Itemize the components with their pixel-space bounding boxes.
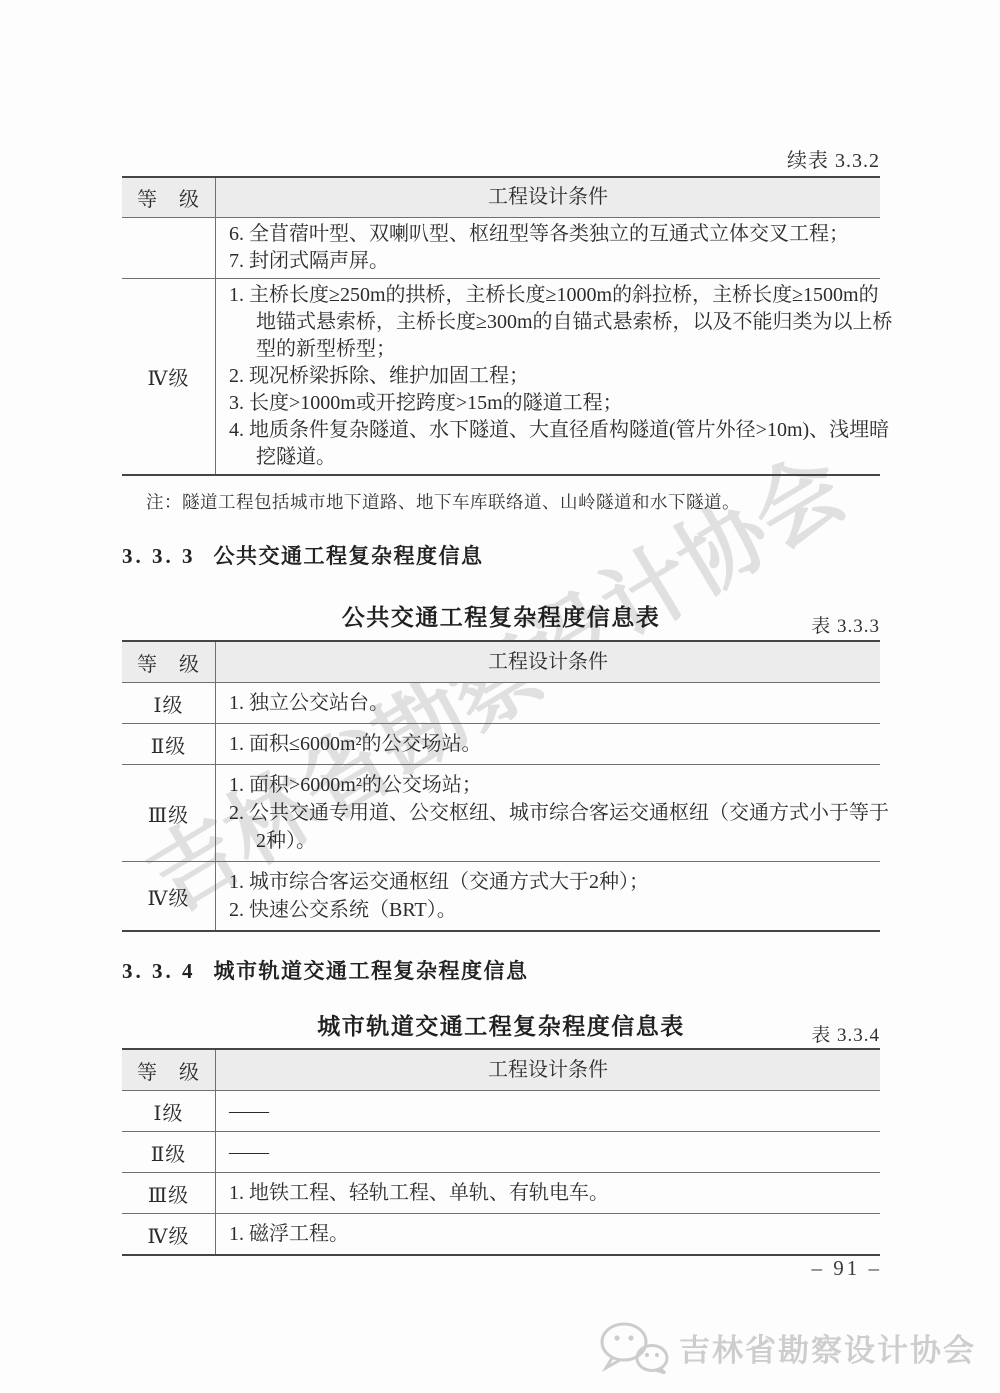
table-3-3-4: 等 级 工程设计条件 Ⅰ级 —— Ⅱ级 —— Ⅲ级 1. 地铁 xyxy=(122,1048,880,1256)
table-row: Ⅳ级 1. 主桥长度≥250m的拱桥，主桥长度≥1000m的斜拉桥，主桥长度≥1… xyxy=(122,279,880,474)
condition-cell: 1. 地铁工程、轻轨工程、单轨、有轨电车。 xyxy=(216,1173,880,1213)
table-header-row: 等 级 工程设计条件 xyxy=(122,178,880,218)
grade-cell: Ⅳ级 xyxy=(122,862,216,930)
grade-cell: Ⅳ级 xyxy=(122,279,216,474)
condition-line: 1. 磁浮工程。 xyxy=(229,1220,872,1248)
section-heading-3-3-4: 3. 3. 4城市轨道交通工程复杂程度信息 xyxy=(122,955,529,985)
condition-line: 2. 快速公交系统（BRT）。 xyxy=(229,896,872,924)
condition-line: 1. 面积≤6000m²的公交场站。 xyxy=(229,730,872,758)
condition-line: 挖隧道。 xyxy=(229,444,893,471)
condition-header-label: 工程设计条件 xyxy=(488,648,608,676)
grade-header-cell: 等 级 xyxy=(122,178,216,217)
wechat-logo-icon xyxy=(598,1320,670,1374)
table-row: Ⅳ级 1. 磁浮工程。 xyxy=(122,1214,880,1254)
section-number: 3. 3. 4 xyxy=(122,959,196,983)
section-number: 3. 3. 3 xyxy=(122,544,196,568)
condition-cell: 6. 全苜蓿叶型、双喇叭型、枢纽型等各类独立的互通式立体交叉工程； 7. 封闭式… xyxy=(216,218,880,278)
table-title-wrap: 城市轨道交通工程复杂程度信息表 xyxy=(122,1008,880,1041)
condition-line: —— xyxy=(229,1138,872,1166)
condition-cell: 1. 面积≤6000m²的公交场站。 xyxy=(216,724,880,764)
section-title: 城市轨道交通工程复杂程度信息 xyxy=(214,959,529,983)
condition-cell: 1. 面积>6000m²的公交场站； 2. 公共交通专用道、公交枢纽、城市综合客… xyxy=(216,765,897,861)
condition-line: 2种）。 xyxy=(229,827,889,855)
table-row: Ⅲ级 1. 地铁工程、轻轨工程、单轨、有轨电车。 xyxy=(122,1173,880,1214)
condition-header-label: 工程设计条件 xyxy=(488,184,608,211)
grade-header-cell: 等 级 xyxy=(122,1050,216,1090)
table-row: Ⅰ级 1. 独立公交站台。 xyxy=(122,683,880,724)
condition-line: 2. 公共交通专用道、公交枢纽、城市综合客运交通枢纽（交通方式小于等于 xyxy=(229,799,889,827)
condition-line: 型的新型桥型； xyxy=(229,336,893,363)
table-continued-3-3-2: 等 级 工程设计条件 6. 全苜蓿叶型、双喇叭型、枢纽型等各类独立的互通式立体交… xyxy=(122,176,880,476)
condition-line: 1. 主桥长度≥250m的拱桥，主桥长度≥1000m的斜拉桥，主桥长度≥1500… xyxy=(229,282,893,309)
continued-table-label: 续表 3.3.2 xyxy=(787,144,880,173)
table-row: Ⅰ级 —— xyxy=(122,1091,880,1132)
condition-line: 1. 独立公交站台。 xyxy=(229,689,872,717)
table-row: Ⅱ级 1. 面积≤6000m²的公交场站。 xyxy=(122,724,880,765)
table-number-label: 表 3.3.4 xyxy=(811,1020,880,1047)
grade-cell: Ⅳ级 xyxy=(122,1214,216,1254)
condition-line: 2. 现况桥梁拆除、维护加固工程； xyxy=(229,363,893,390)
condition-cell: —— xyxy=(216,1132,880,1172)
condition-cell: 1. 主桥长度≥250m的拱桥，主桥长度≥1000m的斜拉桥，主桥长度≥1500… xyxy=(216,279,901,474)
condition-line: 3. 长度>1000m或开挖跨度>15m的隧道工程； xyxy=(229,390,893,417)
footer-brand-text: 吉林省勘察设计协会 xyxy=(679,1325,976,1370)
condition-header-cell: 工程设计条件 xyxy=(216,178,880,217)
condition-line: 1. 地铁工程、轻轨工程、单轨、有轨电车。 xyxy=(229,1179,872,1207)
page-number: – 91 – xyxy=(812,1256,883,1281)
grade-cell: Ⅱ级 xyxy=(122,1132,216,1172)
condition-line: 6. 全苜蓿叶型、双喇叭型、枢纽型等各类独立的互通式立体交叉工程； xyxy=(229,221,872,248)
section-title: 公共交通工程复杂程度信息 xyxy=(214,544,484,568)
grade-cell xyxy=(122,218,216,278)
table-3-3-3: 等 级 工程设计条件 Ⅰ级 1. 独立公交站台。 Ⅱ级 1. 面积≤6000m²… xyxy=(122,640,880,932)
condition-line: 7. 封闭式隔声屏。 xyxy=(229,248,872,275)
grade-cell: Ⅱ级 xyxy=(122,724,216,764)
table-note: 注：隧道工程包括城市地下道路、地下车库联络道、山岭隧道和水下隧道。 xyxy=(146,489,740,514)
condition-line: —— xyxy=(229,1097,872,1125)
table-header-row: 等 级 工程设计条件 xyxy=(122,642,880,683)
grade-cell: Ⅲ级 xyxy=(122,1173,216,1213)
condition-header-cell: 工程设计条件 xyxy=(216,642,880,682)
condition-line: 1. 面积>6000m²的公交场站； xyxy=(229,771,889,799)
grade-cell: Ⅰ级 xyxy=(122,683,216,723)
condition-line: 4. 地质条件复杂隧道、水下隧道、大直径盾构隧道(管片外径>10m)、浅埋暗 xyxy=(229,417,893,444)
grade-header-cell: 等 级 xyxy=(122,642,216,682)
section-heading-3-3-3: 3. 3. 3公共交通工程复杂程度信息 xyxy=(122,540,484,570)
table-title: 公共交通工程复杂程度信息表 xyxy=(342,604,661,630)
condition-cell: 1. 独立公交站台。 xyxy=(216,683,880,723)
condition-header-label: 工程设计条件 xyxy=(488,1056,608,1084)
condition-cell: 1. 城市综合客运交通枢纽（交通方式大于2种）； 2. 快速公交系统（BRT）。 xyxy=(216,862,880,930)
table-row: Ⅳ级 1. 城市综合客运交通枢纽（交通方式大于2种）； 2. 快速公交系统（BR… xyxy=(122,862,880,930)
condition-line: 1. 城市综合客运交通枢纽（交通方式大于2种）； xyxy=(229,868,872,896)
table-title: 城市轨道交通工程复杂程度信息表 xyxy=(317,1013,685,1039)
table-row: Ⅱ级 —— xyxy=(122,1132,880,1173)
table-number-label: 表 3.3.3 xyxy=(811,611,880,638)
grade-cell: Ⅲ级 xyxy=(122,765,216,861)
document-page: 吉林省勘察设计协会 续表 3.3.2 等 级 工程设计条件 6. 全苜蓿叶型、双… xyxy=(0,0,1000,1393)
table-row: Ⅲ级 1. 面积>6000m²的公交场站； 2. 公共交通专用道、公交枢纽、城市… xyxy=(122,765,880,862)
table-title-wrap: 公共交通工程复杂程度信息表 xyxy=(122,599,880,632)
condition-header-cell: 工程设计条件 xyxy=(216,1050,880,1090)
footer-watermark: 吉林省勘察设计协会 xyxy=(598,1320,976,1374)
table-header-row: 等 级 工程设计条件 xyxy=(122,1050,880,1091)
condition-cell: 1. 磁浮工程。 xyxy=(216,1214,880,1254)
condition-cell: —— xyxy=(216,1091,880,1131)
grade-cell: Ⅰ级 xyxy=(122,1091,216,1131)
table-row: 6. 全苜蓿叶型、双喇叭型、枢纽型等各类独立的互通式立体交叉工程； 7. 封闭式… xyxy=(122,218,880,279)
condition-line: 地锚式悬索桥，主桥长度≥300m的自锚式悬索桥，以及不能归类为以上桥 xyxy=(229,309,893,336)
